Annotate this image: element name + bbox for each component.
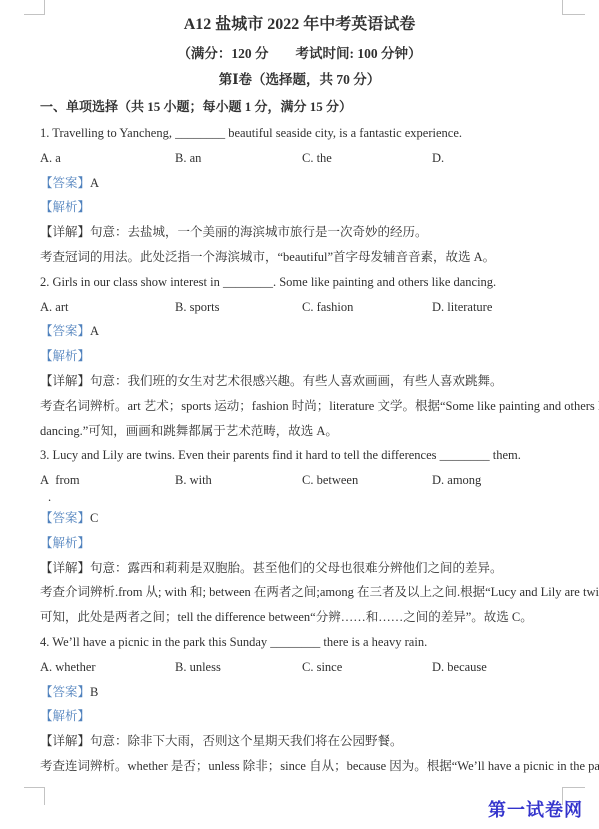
analysis-label: 【解析】 <box>40 704 599 729</box>
analysis-text: dancing.”可知，画画和跳舞都属于艺术范畴，故选 A。 <box>40 419 599 444</box>
option-b: B. an <box>175 146 201 171</box>
option-b: B. unless <box>175 655 221 680</box>
option-c: C. between <box>302 468 358 493</box>
analysis-label: 【解析】 <box>40 344 599 369</box>
answer-label: 【答案】 <box>40 176 90 190</box>
analysis-text: 考查名词辨析。art 艺术；sports 运动；fashion 时尚；liter… <box>40 394 599 419</box>
watermark: 第一试卷网 <box>488 796 583 822</box>
option-a: A from <box>40 468 80 493</box>
option-d: D. because <box>432 655 487 680</box>
text-boundary-mark-top-left <box>24 0 45 15</box>
question-stem: 3. Lucy and Lily are twins. Even their p… <box>40 443 599 468</box>
analysis-text: 考查介词辨析.from 从; with 和; between 在两者之间;amo… <box>40 580 599 605</box>
analysis-text: 考查连词辨析。whether 是否；unless 除非；since 自从；bec… <box>40 754 599 779</box>
question-stem: 4. We’ll have a picnic in the park this … <box>40 630 599 655</box>
option-c: C. fashion <box>302 295 353 320</box>
option-d: D. among <box>432 468 481 493</box>
answer-value: A <box>90 324 99 338</box>
answer-value: B <box>90 685 98 699</box>
analysis-text: 【详解】句意：我们班的女生对艺术很感兴趣。有些人喜欢画画，有些人喜欢跳舞。 <box>40 369 599 394</box>
answer-line: 【答案】A <box>40 319 599 344</box>
answer-value: C <box>90 511 98 525</box>
question-stem: 2. Girls in our class show interest in _… <box>40 270 599 295</box>
option-d: D. literature <box>432 295 492 320</box>
answer-line: 【答案】C <box>40 506 599 531</box>
exam-document: A12 盐城市 2022 年中考英语试卷 （满分：120 分 考试时间: 100… <box>0 0 599 829</box>
option-b: B. with <box>175 468 212 493</box>
part-heading: 一、单项选择（共 15 小题；每小题 1 分，满分 15 分） <box>0 98 599 115</box>
option-a: A. a <box>40 146 61 171</box>
option-d: D. <box>432 146 444 171</box>
option-b: B. sports <box>175 295 219 320</box>
answer-line: 【答案】B <box>40 680 599 705</box>
answer-label: 【答案】 <box>40 324 90 338</box>
options-row: A fromB. withC. betweenD. among <box>40 468 599 493</box>
score-time-line: （满分：120 分 考试时间: 100 分钟） <box>0 45 599 63</box>
analysis-text: 【详解】句意：除非下大雨，否则这个星期天我们将在公园野餐。 <box>40 729 599 754</box>
analysis-text: 【详解】句意：去盐城，一个美丽的海滨城市旅行是一次奇妙的经历。 <box>40 220 599 245</box>
answer-value: A <box>90 176 99 190</box>
analysis-text: 考查冠词的用法。此处泛指一个海滨城市，“beautiful”首字母发辅音音素，故… <box>40 245 599 270</box>
analysis-text: 可知，此处是两者之间；tell the difference between“分… <box>40 605 599 630</box>
options-row: A. aB. anC. theD. <box>40 146 599 171</box>
option-c: C. the <box>302 146 332 171</box>
analysis-text: 【详解】句意：露西和莉莉是双胞胎。甚至他们的父母也很难分辨他们之间的差异。 <box>40 556 599 581</box>
answer-label: 【答案】 <box>40 511 90 525</box>
option-a: A. whether <box>40 655 96 680</box>
text-boundary-mark-top-right <box>562 0 585 15</box>
answer-line: 【答案】A <box>40 171 599 196</box>
option-a: A. art <box>40 295 68 320</box>
analysis-label: 【解析】 <box>40 531 599 556</box>
question-stem: 1. Travelling to Yancheng, ________ beau… <box>40 121 599 146</box>
section-title: 第Ⅰ卷（选择题，共 70 分） <box>0 71 599 89</box>
option-c: C. since <box>302 655 342 680</box>
document-body: 1. Travelling to Yancheng, ________ beau… <box>0 121 599 779</box>
answer-label: 【答案】 <box>40 685 90 699</box>
text-boundary-mark-bottom-left <box>24 787 45 805</box>
options-row: A. whetherB. unlessC. sinceD. because <box>40 655 599 680</box>
stray-period: . <box>40 493 599 506</box>
page-title: A12 盐城市 2022 年中考英语试卷 <box>0 14 599 36</box>
options-row: A. artB. sportsC. fashionD. literature <box>40 295 599 320</box>
analysis-label: 【解析】 <box>40 195 599 220</box>
